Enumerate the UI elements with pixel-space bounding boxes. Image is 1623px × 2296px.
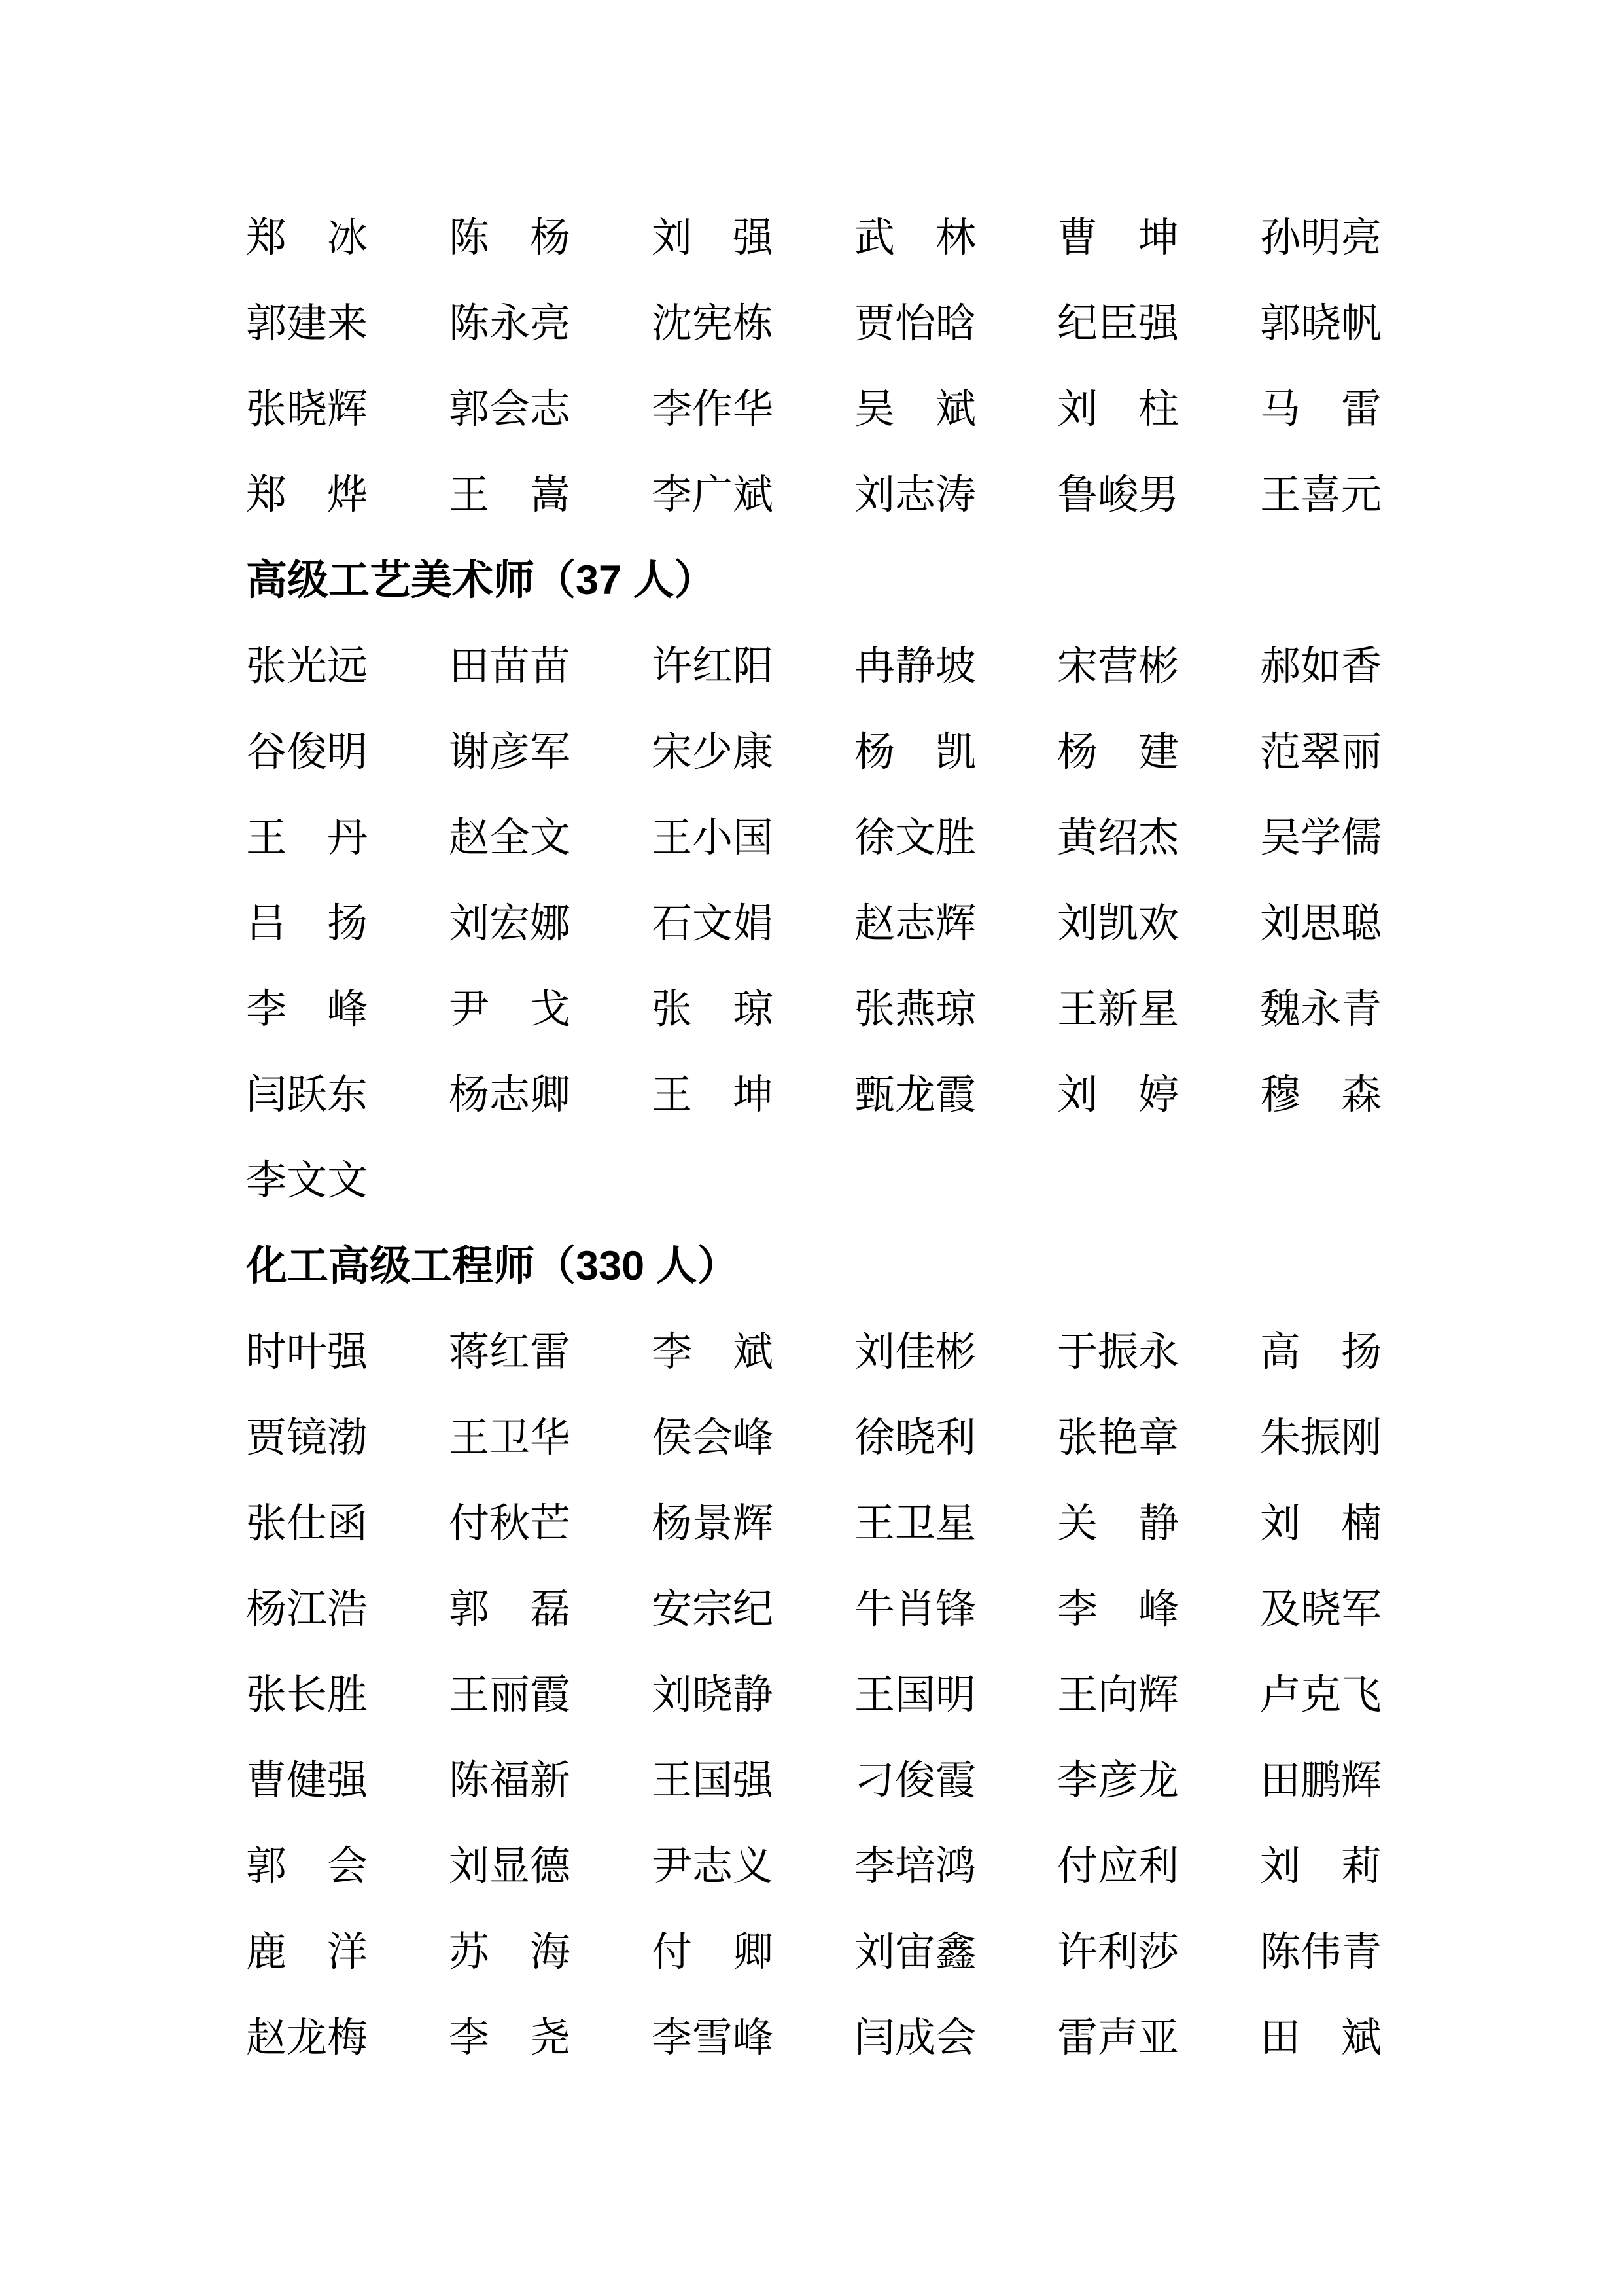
name-row: 贾镜渤王卫华侯会峰徐晓利张艳章朱振刚 xyxy=(246,1395,1383,1481)
person-name: 王喜元 xyxy=(1260,475,1382,516)
person-name: 郝如香 xyxy=(1260,646,1382,687)
person-name: 于振永 xyxy=(1057,1332,1179,1373)
name-row: 闫跃东杨志卿王坤甄龙霞刘婷穆森 xyxy=(246,1052,1383,1138)
person-name: 付应利 xyxy=(1057,1846,1179,1887)
person-name: 王坤 xyxy=(652,1075,773,1116)
person-name: 侯会峰 xyxy=(652,1418,773,1458)
person-name: 王向辉 xyxy=(1057,1675,1179,1716)
person-name: 王小国 xyxy=(652,818,773,858)
name-row: 郑烨王嵩李广斌刘志涛鲁峻男王喜元 xyxy=(246,452,1383,538)
name-row: 谷俊明谢彦军宋少康杨凯杨建范翠丽 xyxy=(246,709,1383,795)
person-name: 杨江浩 xyxy=(246,1589,368,1630)
person-name: 贾镜渤 xyxy=(246,1418,368,1458)
person-name: 田苗苗 xyxy=(449,646,570,687)
person-name: 关静 xyxy=(1057,1504,1179,1544)
person-name: 李作华 xyxy=(652,389,773,430)
person-name: 朱振刚 xyxy=(1260,1418,1382,1458)
name-list-content: 郑冰陈杨刘强武林曹坤孙明亮郭建来陈永亮沈宪栋贾怡晗纪臣强郭晓帆张晓辉郭会志李作华… xyxy=(246,195,1383,2081)
person-name: 李培鸿 xyxy=(854,1846,976,1887)
name-row: 张长胜王丽霞刘晓静王国明王向辉卢克飞 xyxy=(246,1652,1383,1738)
person-name: 王嵩 xyxy=(449,475,570,516)
person-name: 王新星 xyxy=(1057,989,1179,1030)
person-name: 陈福新 xyxy=(449,1761,570,1801)
person-name: 纪臣强 xyxy=(1057,304,1179,344)
person-name: 王国明 xyxy=(854,1675,976,1716)
person-name: 曹坤 xyxy=(1057,218,1179,258)
person-name: 穆森 xyxy=(1260,1075,1382,1116)
person-name: 苏海 xyxy=(449,1932,570,1973)
person-name: 王卫星 xyxy=(854,1504,976,1544)
person-name: 刘显德 xyxy=(449,1846,570,1887)
person-name: 张晓辉 xyxy=(246,389,368,430)
name-row: 郭会刘显德尹志义李培鸿付应利刘莉 xyxy=(246,1824,1383,1909)
person-name: 孙明亮 xyxy=(1260,218,1382,258)
person-name: 刘凯欢 xyxy=(1057,904,1179,944)
person-name: 杨志卿 xyxy=(449,1075,570,1116)
person-name: 武林 xyxy=(854,218,976,258)
section-heading: 高级工艺美术师（37 人） xyxy=(246,538,1383,624)
person-name: 李广斌 xyxy=(652,475,773,516)
person-name: 陈杨 xyxy=(449,218,570,258)
person-name: 杨建 xyxy=(1057,732,1179,773)
section-heading: 化工高级工程师（330 人） xyxy=(246,1224,1383,1309)
person-name: 张光远 xyxy=(246,646,368,687)
person-name: 李峰 xyxy=(1057,1589,1179,1630)
person-name: 赵全文 xyxy=(449,818,570,858)
person-name: 卢克飞 xyxy=(1260,1675,1382,1716)
person-name: 范翠丽 xyxy=(1260,732,1382,773)
person-name: 魏永青 xyxy=(1260,989,1382,1030)
person-name: 许利莎 xyxy=(1057,1932,1179,1973)
person-name: 甄龙霞 xyxy=(854,1075,976,1116)
person-name: 田斌 xyxy=(1260,2018,1382,2058)
name-row: 王丹赵全文王小国徐文胜黄绍杰吴学儒 xyxy=(246,795,1383,881)
person-name: 张长胜 xyxy=(246,1675,368,1716)
person-name: 张仕函 xyxy=(246,1504,368,1544)
person-name: 李雪峰 xyxy=(652,2018,773,2058)
person-name: 谢彦军 xyxy=(449,732,570,773)
person-name: 宋少康 xyxy=(652,732,773,773)
person-name: 石文娟 xyxy=(652,904,773,944)
person-name: 谷俊明 xyxy=(246,732,368,773)
person-name: 鹿洋 xyxy=(246,1932,368,1973)
person-name: 及晓军 xyxy=(1260,1589,1382,1630)
person-name: 郭晓帆 xyxy=(1260,304,1382,344)
person-name: 陈永亮 xyxy=(449,304,570,344)
person-name: 牛肖锋 xyxy=(854,1589,976,1630)
name-row: 张光远田苗苗许红阳冉静坡宋营彬郝如香 xyxy=(246,624,1383,709)
name-row: 鹿洋苏海付卿刘宙鑫许利莎陈伟青 xyxy=(246,1909,1383,1995)
person-name: 郭会志 xyxy=(449,389,570,430)
person-name: 郭磊 xyxy=(449,1589,570,1630)
person-name: 杨凯 xyxy=(854,732,976,773)
person-name: 闫成会 xyxy=(854,2018,976,2058)
person-name: 黄绍杰 xyxy=(1057,818,1179,858)
person-name: 陈伟青 xyxy=(1260,1932,1382,1973)
person-name: 徐文胜 xyxy=(854,818,976,858)
person-name: 张艳章 xyxy=(1057,1418,1179,1458)
person-name: 王丹 xyxy=(246,818,368,858)
person-name: 冉静坡 xyxy=(854,646,976,687)
person-name: 李文文 xyxy=(246,1161,368,1201)
name-row: 张晓辉郭会志李作华吴斌刘柱马雷 xyxy=(246,366,1383,452)
name-row: 杨江浩郭磊安宗纪牛肖锋李峰及晓军 xyxy=(246,1566,1383,1652)
name-row: 吕扬刘宏娜石文娟赵志辉刘凯欢刘思聪 xyxy=(246,881,1383,966)
person-name: 贾怡晗 xyxy=(854,304,976,344)
person-name: 吴学儒 xyxy=(1260,818,1382,858)
person-name: 王国强 xyxy=(652,1761,773,1801)
person-name: 鲁峻男 xyxy=(1057,475,1179,516)
person-name: 刘晓静 xyxy=(652,1675,773,1716)
person-name: 吕扬 xyxy=(246,904,368,944)
person-name: 刘佳彬 xyxy=(854,1332,976,1373)
person-name: 刘楠 xyxy=(1260,1504,1382,1544)
person-name: 杨景辉 xyxy=(652,1504,773,1544)
person-name: 马雷 xyxy=(1260,389,1382,430)
person-name: 田鹏辉 xyxy=(1260,1761,1382,1801)
person-name: 尹戈 xyxy=(449,989,570,1030)
person-name: 尹志义 xyxy=(652,1846,773,1887)
person-name: 闫跃东 xyxy=(246,1075,368,1116)
person-name: 李尧 xyxy=(449,2018,570,2058)
person-name: 李峰 xyxy=(246,989,368,1030)
name-row: 时叶强蒋红雷李斌刘佳彬于振永高扬 xyxy=(246,1309,1383,1395)
person-name: 曹健强 xyxy=(246,1761,368,1801)
person-name: 王卫华 xyxy=(449,1418,570,1458)
person-name: 刘宏娜 xyxy=(449,904,570,944)
name-row: 郑冰陈杨刘强武林曹坤孙明亮 xyxy=(246,195,1383,281)
person-name: 沈宪栋 xyxy=(652,304,773,344)
person-name: 赵龙梅 xyxy=(246,2018,368,2058)
person-name: 许红阳 xyxy=(652,646,773,687)
name-row: 郭建来陈永亮沈宪栋贾怡晗纪臣强郭晓帆 xyxy=(246,281,1383,366)
name-row: 张仕函付秋芒杨景辉王卫星关静刘楠 xyxy=(246,1481,1383,1566)
person-name: 郑烨 xyxy=(246,475,368,516)
person-name: 郭会 xyxy=(246,1846,368,1887)
person-name: 张琼 xyxy=(652,989,773,1030)
person-name: 刁俊霞 xyxy=(854,1761,976,1801)
person-name: 王丽霞 xyxy=(449,1675,570,1716)
person-name: 李斌 xyxy=(652,1332,773,1373)
person-name: 安宗纪 xyxy=(652,1589,773,1630)
person-name: 张燕琼 xyxy=(854,989,976,1030)
person-name: 刘柱 xyxy=(1057,389,1179,430)
person-name: 刘思聪 xyxy=(1260,904,1382,944)
person-name: 刘宙鑫 xyxy=(854,1932,976,1973)
person-name: 吴斌 xyxy=(854,389,976,430)
person-name: 付秋芒 xyxy=(449,1504,570,1544)
name-row: 李峰尹戈张琼张燕琼王新星魏永青 xyxy=(246,966,1383,1052)
person-name: 时叶强 xyxy=(246,1332,368,1373)
person-name: 刘莉 xyxy=(1260,1846,1382,1887)
name-row: 赵龙梅李尧李雪峰闫成会雷声亚田斌 xyxy=(246,1995,1383,2081)
person-name: 郭建来 xyxy=(246,304,368,344)
person-name: 刘志涛 xyxy=(854,475,976,516)
document-page: 郑冰陈杨刘强武林曹坤孙明亮郭建来陈永亮沈宪栋贾怡晗纪臣强郭晓帆张晓辉郭会志李作华… xyxy=(0,0,1623,2296)
person-name: 刘强 xyxy=(652,218,773,258)
person-name: 高扬 xyxy=(1260,1332,1382,1373)
person-name: 雷声亚 xyxy=(1057,2018,1179,2058)
person-name: 徐晓利 xyxy=(854,1418,976,1458)
name-row: 李文文 xyxy=(246,1138,1383,1224)
person-name: 刘婷 xyxy=(1057,1075,1179,1116)
person-name: 付卿 xyxy=(652,1932,773,1973)
person-name: 宋营彬 xyxy=(1057,646,1179,687)
name-row: 曹健强陈福新王国强刁俊霞李彦龙田鹏辉 xyxy=(246,1738,1383,1824)
person-name: 赵志辉 xyxy=(854,904,976,944)
person-name: 郑冰 xyxy=(246,218,368,258)
person-name: 蒋红雷 xyxy=(449,1332,570,1373)
person-name: 李彦龙 xyxy=(1057,1761,1179,1801)
